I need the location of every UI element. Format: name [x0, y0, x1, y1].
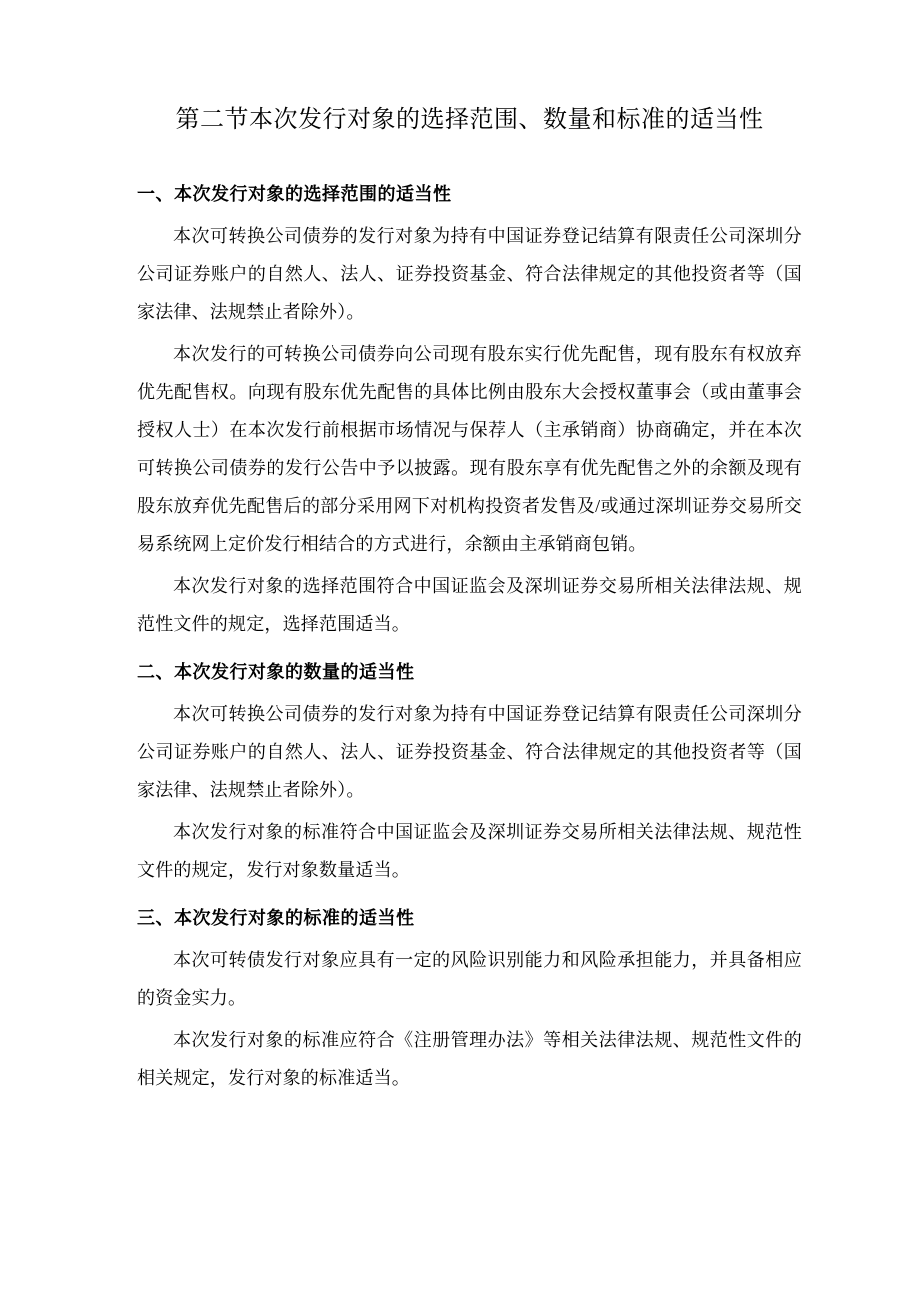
paragraph: 本次发行对象的标准应符合《注册管理办法》等相关法律法规、规范性文件的相关规定，发…: [137, 1021, 802, 1097]
paragraph: 本次可转债发行对象应具有一定的风险识别能力和风险承担能力，并具备相应的资金实力。: [137, 941, 802, 1017]
paragraph: 本次可转换公司债券的发行对象为持有中国证券登记结算有限责任公司深圳分公司证券账户…: [137, 217, 802, 331]
page-title: 第二节本次发行对象的选择范围、数量和标准的适当性: [137, 103, 802, 137]
section-quantity-heading: 二、本次发行对象的数量的适当性: [137, 659, 802, 685]
section-selection-scope-heading: 一、本次发行对象的选择范围的适当性: [137, 181, 802, 207]
section-criteria-heading: 三、本次发行对象的标准的适当性: [137, 905, 802, 931]
paragraph: 本次发行对象的标准符合中国证监会及深圳证券交易所相关法律法规、规范性文件的规定，…: [137, 813, 802, 889]
paragraph: 本次发行对象的选择范围符合中国证监会及深圳证券交易所相关法律法规、规范性文件的规…: [137, 567, 802, 643]
section-criteria: 三、本次发行对象的标准的适当性 本次可转债发行对象应具有一定的风险识别能力和风险…: [137, 905, 802, 1097]
paragraph: 本次发行的可转换公司债券向公司现有股东实行优先配售，现有股东有权放弃优先配售权。…: [137, 335, 802, 563]
paragraph: 本次可转换公司债券的发行对象为持有中国证券登记结算有限责任公司深圳分公司证券账户…: [137, 695, 802, 809]
document-page: 第二节本次发行对象的选择范围、数量和标准的适当性 一、本次发行对象的选择范围的适…: [0, 0, 920, 1301]
section-quantity: 二、本次发行对象的数量的适当性 本次可转换公司债券的发行对象为持有中国证券登记结…: [137, 659, 802, 889]
section-selection-scope: 一、本次发行对象的选择范围的适当性 本次可转换公司债券的发行对象为持有中国证券登…: [137, 181, 802, 643]
